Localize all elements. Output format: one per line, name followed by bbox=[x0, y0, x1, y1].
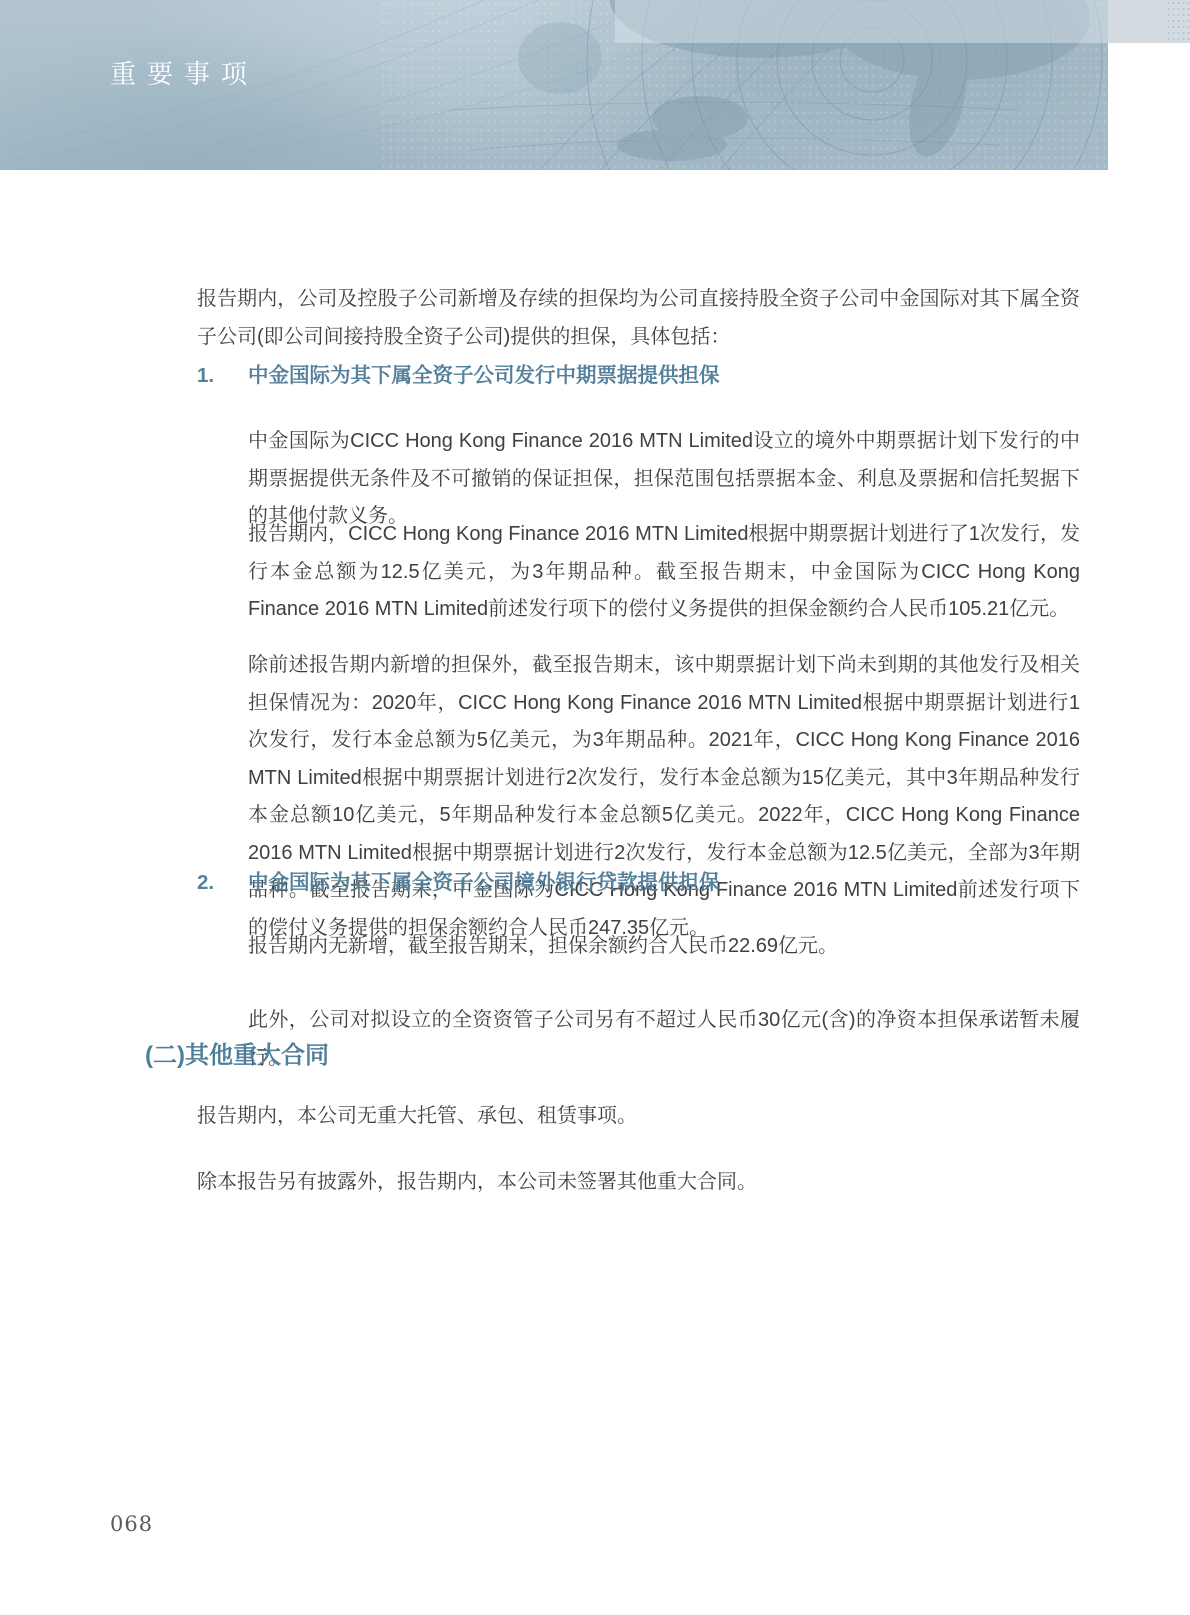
header-banner: 重要事项 bbox=[0, 0, 1108, 170]
section-two-heading: (二)其他重大合同 bbox=[145, 1040, 329, 1072]
item1-title: 中金国际为其下属全资子公司发行中期票据提供担保 bbox=[248, 362, 720, 390]
page-section-title: 重要事项 bbox=[110, 54, 258, 91]
report-page: 重要事项 报告期内，公司及控股子公司新增及存续的担保均为公司直接持股全资子公司中… bbox=[0, 0, 1190, 1615]
item1-number: 1. bbox=[197, 362, 248, 390]
item1-heading: 1. 中金国际为其下属全资子公司发行中期票据提供担保 bbox=[197, 362, 1080, 390]
page-number: 068 bbox=[110, 1512, 153, 1536]
item2-number: 2. bbox=[197, 869, 248, 897]
item1-paragraph-2: 报告期内，CICC Hong Kong Finance 2016 MTN Lim… bbox=[248, 516, 1080, 629]
header-light-strip-decoration bbox=[615, 0, 1108, 43]
intro-paragraph: 报告期内，公司及控股子公司新增及存续的担保均为公司直接持股全资子公司中金国际对其… bbox=[197, 281, 1080, 356]
item2-title: 中金国际为其下属全资子公司境外银行贷款提供担保 bbox=[248, 869, 720, 897]
section-two-paragraph-2: 除本报告另有披露外，报告期内，本公司未签署其他重大合同。 bbox=[197, 1164, 1080, 1202]
item2-heading: 2. 中金国际为其下属全资子公司境外银行贷款提供担保 bbox=[197, 869, 1080, 897]
section-two-paragraph-1: 报告期内，本公司无重大托管、承包、租赁事项。 bbox=[197, 1098, 1080, 1136]
item2-paragraph-1: 报告期内无新增，截至报告期末，担保余额约合人民币22.69亿元。 bbox=[248, 928, 1080, 966]
item1-paragraph-3: 除前述报告期内新增的担保外，截至报告期末，该中期票据计划下尚未到期的其他发行及相… bbox=[248, 647, 1080, 947]
item2-paragraph-2: 此外，公司对拟设立的全资资管子公司另有不超过人民币30亿元(含)的净资本担保承诺… bbox=[248, 1002, 1080, 1077]
corner-dots-decoration bbox=[1166, 0, 1190, 43]
